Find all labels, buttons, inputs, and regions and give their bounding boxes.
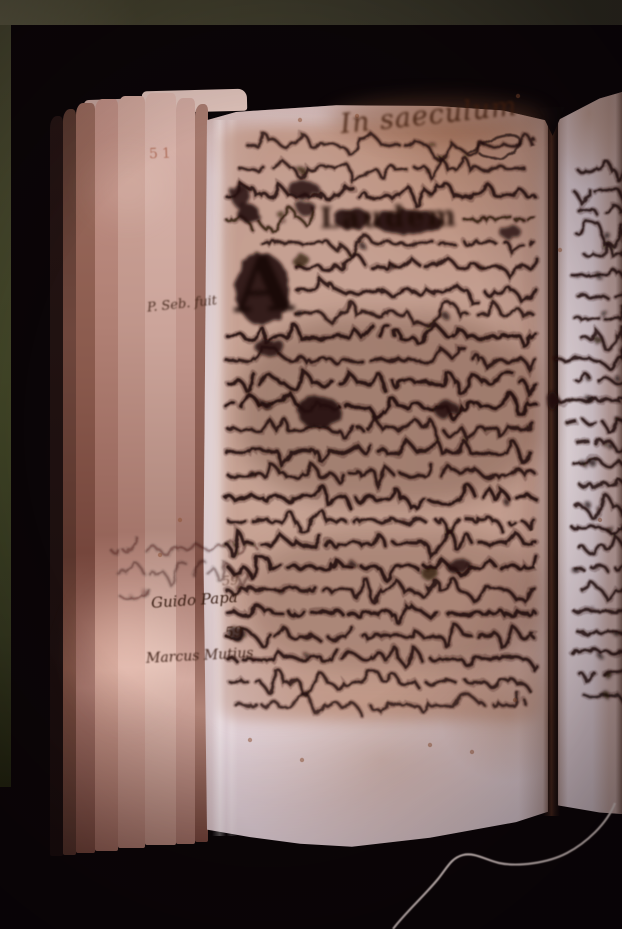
margin-note: 59 [225, 625, 244, 642]
ink-layer [0, 0, 622, 929]
bookmark-thread [393, 803, 615, 929]
folio-number: 51 [149, 146, 175, 163]
slide-photograph: 51 In saeculum Laudem A P. Seb. fuit 59 … [0, 0, 622, 929]
initial-capital-letter: A [233, 246, 295, 324]
section-heading: Laudem [320, 200, 459, 236]
